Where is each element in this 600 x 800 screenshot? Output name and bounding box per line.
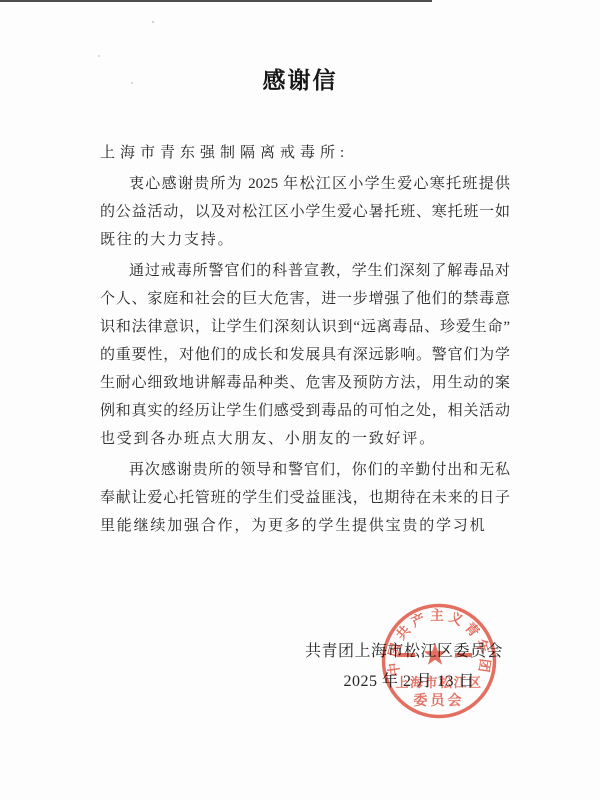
letter-title: 感谢信 bbox=[0, 66, 600, 96]
body-line: 奉献让爱心托管班的学生们受益匪浅，也期待在未来的日子 bbox=[100, 484, 510, 512]
body-line: 生耐心细致地讲解毒品种类、危害及预防方法，用生动的案 bbox=[100, 369, 510, 397]
body-line: 通过戒毒所警官们的科普宣教，学生们深刻了解毒品对 bbox=[100, 257, 510, 285]
letter-page: 感谢信 上海市青东强制隔离戒毒所: 衷心感谢贵所为 2025 年松江区小学生爱心… bbox=[0, 0, 600, 800]
signature-org: 共青团上海市松江区委员会 bbox=[305, 638, 503, 666]
letter-body: 衷心感谢贵所为 2025 年松江区小学生爱心寒托班提供的公益活动，以及对松江区小… bbox=[100, 170, 510, 540]
scan-artifact-line bbox=[0, 0, 432, 2]
scan-speck bbox=[98, 55, 100, 57]
body-line: 既往的大力支持。 bbox=[100, 226, 510, 254]
body-line: 再次感谢贵所的领导和警官们，你们的辛勤付出和无私 bbox=[100, 456, 510, 484]
body-line: 里能继续加强合作，为更多的学生提供宝贵的学习机会。 bbox=[100, 512, 510, 540]
body-line: 衷心感谢贵所为 2025 年松江区小学生爱心寒托班提供 bbox=[100, 170, 510, 198]
letter-date: 2025 年 2 月 13 日 bbox=[343, 668, 475, 696]
letter-content: 上海市青东强制隔离戒毒所: 衷心感谢贵所为 2025 年松江区小学生爱心寒托班提… bbox=[100, 139, 510, 540]
body-line: 例和真实的经历让学生们感受到毒品的可怕之处，相关活动 bbox=[100, 397, 510, 425]
scan-speck bbox=[152, 21, 154, 23]
body-line: 个人、家庭和社会的巨大危害，进一步增强了他们的禁毒意 bbox=[100, 285, 510, 313]
body-line: 识和法律意识，让学生们深刻认识到“远离毒品、珍爱生命” bbox=[100, 313, 510, 341]
body-line: 的重要性，对他们的成长和发展具有深远影响。警官们为学 bbox=[100, 341, 510, 369]
body-line: 也受到各办班点大朋友、小朋友的一致好评。 bbox=[100, 425, 510, 453]
body-line: 的公益活动，以及对松江区小学生爱心暑托班、寒托班一如 bbox=[100, 198, 510, 226]
salutation: 上海市青东强制隔离戒毒所: bbox=[100, 139, 510, 167]
